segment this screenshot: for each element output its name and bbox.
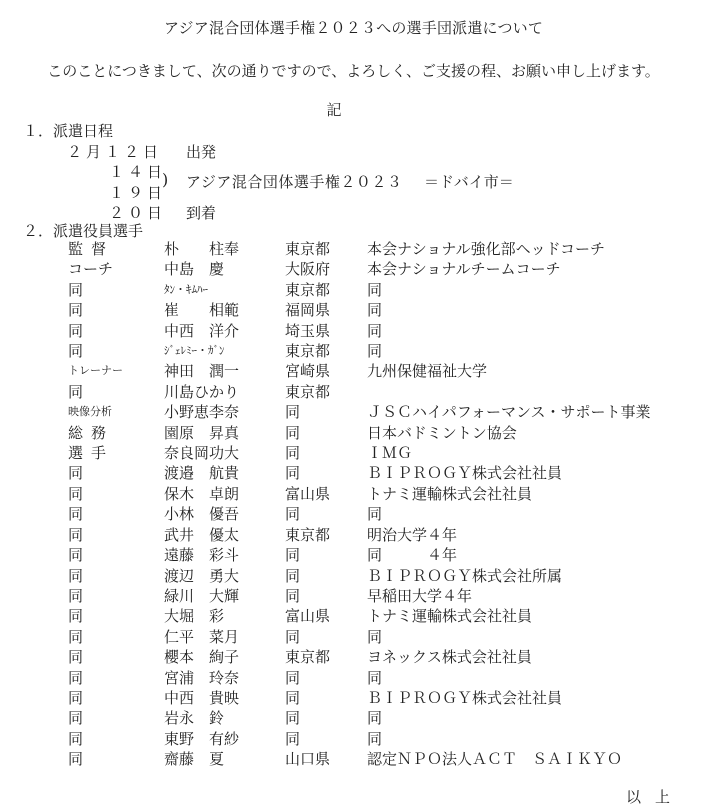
name-cell: 中西 貴映 [164,688,285,708]
staff-row: 同大堀 彩富山県トナミ運輸株式会社社員 [68,606,687,626]
prefecture-cell: 同 [285,504,367,524]
schedule-event-3: 到着 [186,202,216,223]
affiliation-cell: 本会ナショナル強化部ヘッドコーチ [367,239,687,259]
affiliation-cell: 同 [367,341,687,361]
bracket-symbol: ) [162,170,168,189]
ki-heading: 記 [0,99,668,120]
staff-row: 同宮浦 玲奈同同 [68,668,687,688]
role-cell: 同 [68,382,164,402]
affiliation-cell: 早稲田大学４年 [367,586,687,606]
staff-row: 選手奈良岡功大同ＩＭＧ [68,443,687,463]
affiliation-cell: ＪＳＣハイパフォーマンス・サポート事業 [367,402,687,422]
staff-row: 同中西 洋介埼玉県同 [68,321,687,341]
affiliation-cell [367,382,687,402]
document-title: アジア混合団体選手権２０２３への選手団派遣について [0,17,707,38]
affiliation-cell: ヨネックス株式会社社員 [367,647,687,667]
prefecture-cell: 同 [285,463,367,483]
affiliation-cell: 同 [367,668,687,688]
role-cell: 同 [68,300,164,320]
role-cell: 同 [68,647,164,667]
name-cell: 櫻本 絢子 [164,647,285,667]
prefecture-cell: 埼玉県 [285,321,367,341]
name-cell: 岩永 鈴 [164,708,285,728]
affiliation-cell: ＢＩＰＲＯＧＹ株式会社社員 [367,463,687,483]
name-cell: 東野 有紗 [164,729,285,749]
name-cell: 小野恵李奈 [164,402,285,422]
role-cell: 同 [68,321,164,341]
affiliation-cell: ＩＭＧ [367,443,687,463]
prefecture-cell: 大阪府 [285,259,367,279]
staff-row: 同武井 優太東京都明治大学４年 [68,525,687,545]
role-cell: トレーナー [68,361,164,381]
prefecture-cell: 同 [285,708,367,728]
staff-row: 監督朴 柱奉東京都本会ナショナル強化部ヘッドコーチ [68,239,687,259]
name-cell: 奈良岡功大 [164,443,285,463]
role-cell: 映像分析 [68,402,164,422]
staff-row: コーチ中島 慶大阪府本会ナショナルチームコーチ [68,259,687,279]
name-cell: 武井 優太 [164,525,285,545]
affiliation-cell: ＢＩＰＲＯＧＹ株式会社所属 [367,566,687,586]
prefecture-cell: 東京都 [285,239,367,259]
schedule-location: ＝ドバイ市＝ [424,171,514,192]
role-cell: 同 [68,545,164,565]
affiliation-cell: 同 [367,300,687,320]
staff-row: 同崔 相範福岡県同 [68,300,687,320]
role-cell: 同 [68,586,164,606]
name-cell: 朴 柱奉 [164,239,285,259]
role-cell: 同 [68,668,164,688]
name-cell: ｼﾞｪﾚﾐｰ・ｶﾞﾝ [164,341,285,361]
name-cell: 宮浦 玲奈 [164,668,285,688]
role-cell: コーチ [68,259,164,279]
prefecture-cell: 東京都 [285,647,367,667]
staff-row: トレーナー神田 潤一宮崎県九州保健福祉大学 [68,361,687,381]
role-cell: 選手 [68,443,164,463]
role-cell: 同 [68,566,164,586]
staff-row: 同小林 優吾同同 [68,504,687,524]
affiliation-cell: 同 ４年 [367,545,687,565]
prefecture-cell: 同 [285,402,367,422]
name-cell: 保木 卓朗 [164,484,285,504]
staff-table: 監督朴 柱奉東京都本会ナショナル強化部ヘッドコーチコーチ中島 慶大阪府本会ナショ… [68,239,687,770]
schedule-date-2: １９日 [109,182,166,203]
staff-row: 総務園原 昇真同日本バドミントン協会 [68,423,687,443]
role-cell: 同 [68,525,164,545]
staff-row: 同ﾀﾝ・ｷﾑﾊｰ東京都同 [68,280,687,300]
affiliation-cell: 同 [367,708,687,728]
name-cell: ﾀﾝ・ｷﾑﾊｰ [164,280,285,300]
role-cell: 同 [68,749,164,769]
prefecture-cell: 東京都 [285,280,367,300]
staff-row: 同遠藤 彩斗同同 ４年 [68,545,687,565]
name-cell: 仁平 菜月 [164,627,285,647]
prefecture-cell: 同 [285,586,367,606]
role-cell: 総務 [68,423,164,443]
prefecture-cell: 同 [285,566,367,586]
staff-row: 同齋藤 夏山口県認定ＮＰＯ法人ＡＣＴ ＳＡＩＫＹＯ [68,749,687,769]
schedule-date-1: １４日 [109,161,166,182]
affiliation-cell: 日本バドミントン協会 [367,423,687,443]
staff-row: 同保木 卓朗富山県トナミ運輸株式会社社員 [68,484,687,504]
affiliation-cell: 同 [367,321,687,341]
staff-row: 同渡辺 勇大同ＢＩＰＲＯＧＹ株式会社所属 [68,566,687,586]
staff-row: 同川島ひかり東京都 [68,382,687,402]
staff-row: 同仁平 菜月同同 [68,627,687,647]
prefecture-cell: 富山県 [285,484,367,504]
name-cell: 大堀 彩 [164,606,285,626]
prefecture-cell: 同 [285,627,367,647]
name-cell: 中西 洋介 [164,321,285,341]
staff-row: 同櫻本 絢子東京都ヨネックス株式会社社員 [68,647,687,667]
schedule-event-main: アジア混合団体選手権２０２３ [186,171,402,192]
role-cell: 監督 [68,239,164,259]
prefecture-cell: 同 [285,688,367,708]
role-cell: 同 [68,688,164,708]
name-cell: 渡辺 勇大 [164,566,285,586]
role-cell: 同 [68,606,164,626]
staff-row: 同渡邉 航貴同ＢＩＰＲＯＧＹ株式会社社員 [68,463,687,483]
affiliation-cell: 同 [367,280,687,300]
prefecture-cell: 東京都 [285,382,367,402]
name-cell: 小林 優吾 [164,504,285,524]
prefecture-cell: 東京都 [285,341,367,361]
staff-row: 同緑川 大輝同早稲田大学４年 [68,586,687,606]
affiliation-cell: ＢＩＰＲＯＧＹ株式会社社員 [367,688,687,708]
name-cell: 緑川 大輝 [164,586,285,606]
name-cell: 齋藤 夏 [164,749,285,769]
prefecture-cell: 同 [285,443,367,463]
name-cell: 園原 昇真 [164,423,285,443]
section-staff-heading: ２．派遣役員選手 [23,220,143,241]
affiliation-cell: 九州保健福祉大学 [367,361,687,381]
affiliation-cell: 明治大学４年 [367,525,687,545]
role-cell: 同 [68,341,164,361]
prefecture-cell: 宮崎県 [285,361,367,381]
role-cell: 同 [68,484,164,504]
name-cell: 神田 潤一 [164,361,285,381]
schedule-date-0: ２月１２日 [67,141,162,162]
affiliation-cell: トナミ運輸株式会社社員 [367,606,687,626]
affiliation-cell: 同 [367,504,687,524]
affiliation-cell: 同 [367,627,687,647]
name-cell: 川島ひかり [164,382,285,402]
staff-row: 同ｼﾞｪﾚﾐｰ・ｶﾞﾝ東京都同 [68,341,687,361]
prefecture-cell: 富山県 [285,606,367,626]
prefecture-cell: 同 [285,668,367,688]
section-schedule-heading: １．派遣日程 [23,120,113,141]
staff-row: 同中西 貴映同ＢＩＰＲＯＧＹ株式会社社員 [68,688,687,708]
affiliation-cell: 同 [367,729,687,749]
role-cell: 同 [68,729,164,749]
prefecture-cell: 同 [285,423,367,443]
prefecture-cell: 東京都 [285,525,367,545]
staff-row: 同岩永 鈴同同 [68,708,687,728]
prefecture-cell: 同 [285,545,367,565]
prefecture-cell: 福岡県 [285,300,367,320]
schedule-event-0: 出発 [186,141,216,162]
name-cell: 中島 慶 [164,259,285,279]
prefecture-cell: 同 [285,729,367,749]
prefecture-cell: 山口県 [285,749,367,769]
staff-row: 映像分析小野恵李奈同ＪＳＣハイパフォーマンス・サポート事業 [68,402,687,422]
affiliation-cell: 認定ＮＰＯ法人ＡＣＴ ＳＡＩＫＹＯ [367,749,687,769]
staff-row: 同東野 有紗同同 [68,729,687,749]
role-cell: 同 [68,280,164,300]
affiliation-cell: トナミ運輸株式会社社員 [367,484,687,504]
role-cell: 同 [68,463,164,483]
role-cell: 同 [68,504,164,524]
intro-text: このことにつきまして、次の通りですので、よろしく、ご支援の程、お願い申し上げます… [0,60,707,81]
closing-text: 以上 [626,786,684,807]
name-cell: 渡邉 航貴 [164,463,285,483]
role-cell: 同 [68,627,164,647]
name-cell: 遠藤 彩斗 [164,545,285,565]
role-cell: 同 [68,708,164,728]
name-cell: 崔 相範 [164,300,285,320]
affiliation-cell: 本会ナショナルチームコーチ [367,259,687,279]
